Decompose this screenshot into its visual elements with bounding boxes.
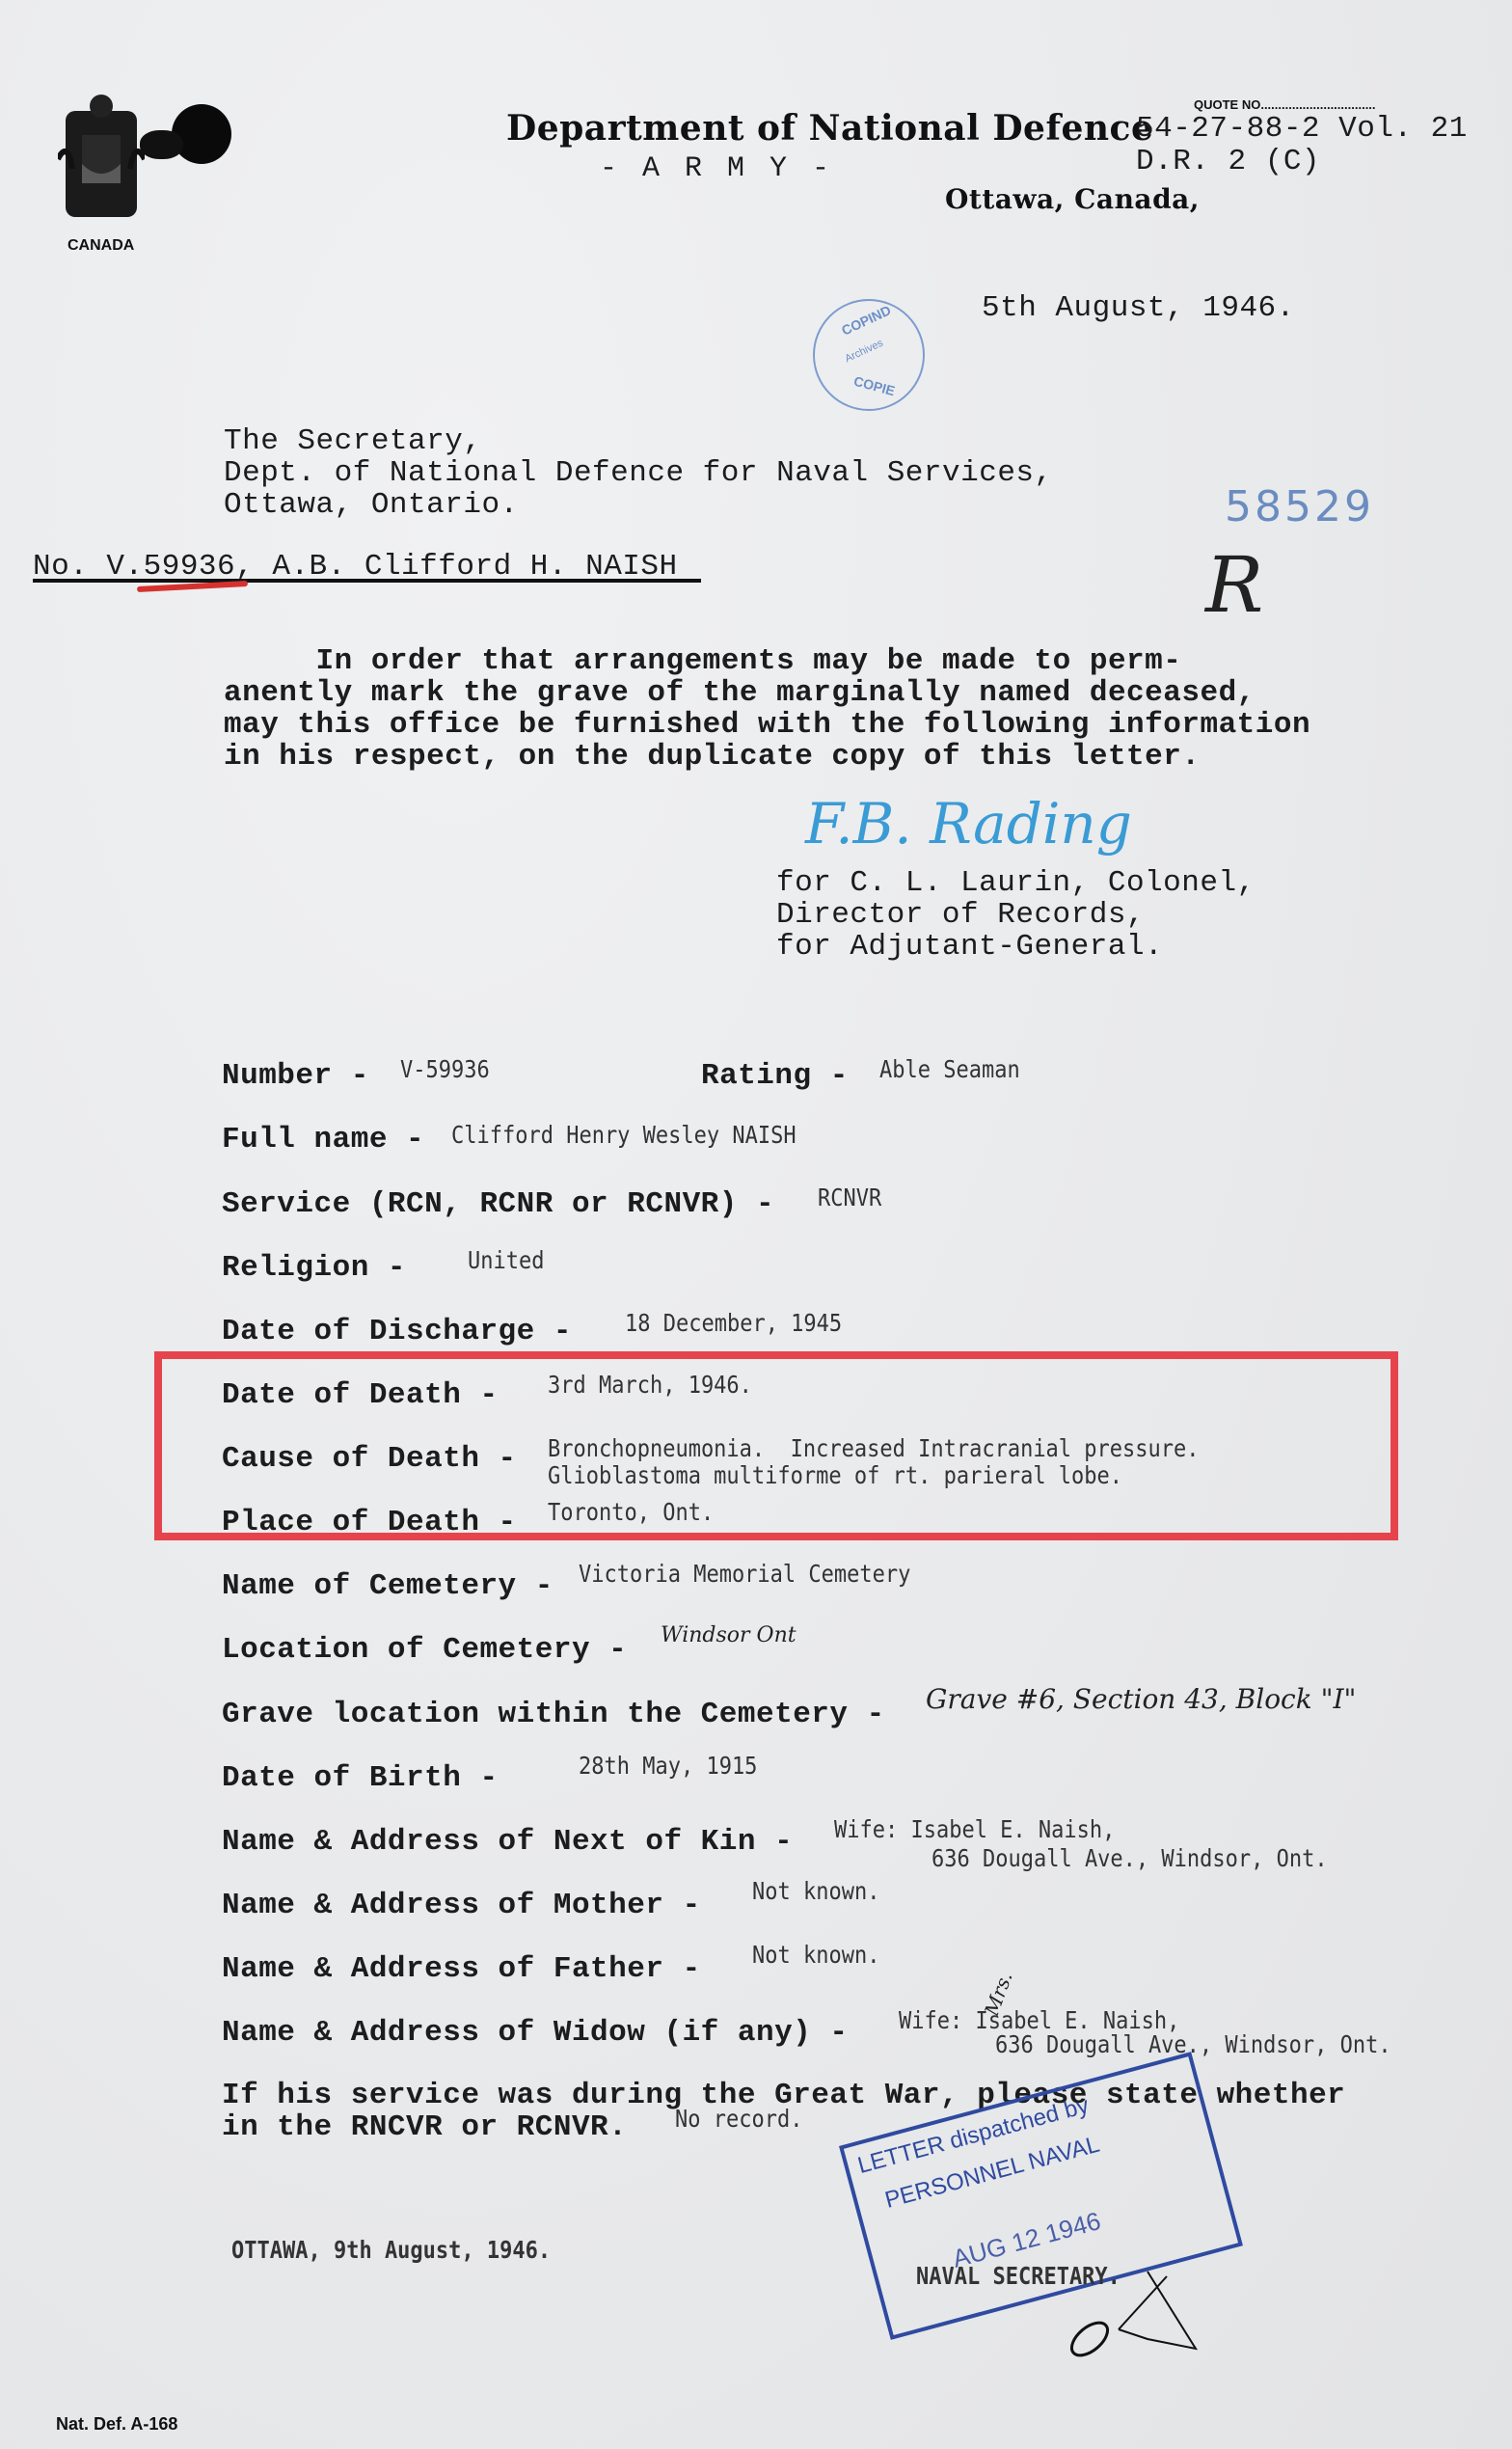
signature-block-line-2: Director of Records, <box>776 898 1145 932</box>
branch-label: - A R M Y - <box>600 152 833 185</box>
body-line-2: anently mark the grave of the marginally… <box>224 676 1255 710</box>
kin-value-line-1: Wife: Isabel E. Naish, <box>834 1815 1115 1843</box>
grave-value: Grave #6, Section 43, Block "I" <box>926 1683 1356 1715</box>
mother-label: Name & Address of Mother - <box>222 1889 701 1922</box>
recipient-line-2: Dept. of National Defence for Naval Serv… <box>224 456 1053 490</box>
full-name-value: Clifford Henry Wesley NAISH <box>451 1121 796 1149</box>
service-value: RCNVR <box>818 1184 881 1211</box>
archives-stamp: COPIND Archives COPIE <box>813 299 925 411</box>
religion-value: United <box>468 1246 544 1274</box>
father-value: Not known. <box>752 1941 879 1969</box>
birth-value: 28th May, 1915 <box>579 1752 757 1780</box>
cause-value-line-2: Glioblastoma multiforme of rt. parieral … <box>548 1461 1122 1489</box>
department-title: Department of National Defence <box>506 108 1153 149</box>
rating-label: Rating - <box>701 1059 849 1093</box>
recipient-line-1: The Secretary, <box>224 424 481 458</box>
cause-label: Cause of Death - <box>222 1442 517 1476</box>
registry-number-stamp: 58529 <box>1225 482 1374 531</box>
cemetery-location-label: Location of Cemetery - <box>222 1633 627 1667</box>
number-label: Number - <box>222 1059 369 1093</box>
signature-handwritten: F.B. Rading <box>805 791 1132 857</box>
number-value: V-59936 <box>400 1055 490 1083</box>
discharge-label: Date of Discharge - <box>222 1315 572 1348</box>
grave-label: Grave location within the Cemetery - <box>222 1698 885 1731</box>
file-number: 54-27-88-2 Vol. 21 <box>1136 112 1468 146</box>
father-label: Name & Address of Father - <box>222 1952 701 1986</box>
file-sub-number: D.R. 2 (C) <box>1136 145 1320 178</box>
body-line-4: in his respect, on the duplicate copy of… <box>224 740 1200 774</box>
cemetery-value: Victoria Memorial Cemetery <box>579 1560 910 1588</box>
death-date-value: 3rd March, 1946. <box>548 1371 752 1399</box>
place-value: Toronto, Ont. <box>548 1498 714 1526</box>
kin-label: Name & Address of Next of Kin - <box>222 1825 793 1859</box>
discharge-value: 18 December, 1945 <box>625 1309 842 1337</box>
signature-block-line-1: for C. L. Laurin, Colonel, <box>776 866 1255 900</box>
recipient-line-3: Ottawa, Ontario. <box>224 488 519 522</box>
widow-label: Name & Address of Widow (if any) - <box>222 2016 849 2050</box>
religion-label: Religion - <box>222 1251 406 1285</box>
kin-value-line-2: 636 Dougall Ave., Windsor, Ont. <box>931 1844 1328 1872</box>
service-label: Service (RCN, RCNR or RCNVR) - <box>222 1187 774 1221</box>
signature-block-line-3: for Adjutant-General. <box>776 930 1163 964</box>
letter-date: 5th August, 1946. <box>982 291 1295 325</box>
widow-value-line-2: 636 Dougall Ave., Windsor, Ont. <box>995 2030 1391 2058</box>
reply-place-date: OTTAWA, 9th August, 1946. <box>231 2236 551 2264</box>
full-name-label: Full name - <box>222 1123 424 1156</box>
mother-value: Not known. <box>752 1877 879 1905</box>
quote-number-label: QUOTE NO................................… <box>1194 97 1376 112</box>
canada-coat-of-arms-icon <box>58 92 145 236</box>
handwritten-initials-icon <box>1051 2267 1225 2373</box>
form-number: Nat. Def. A-168 <box>56 2414 177 2435</box>
death-date-label: Date of Death - <box>222 1378 499 1412</box>
location-label: Ottawa, Canada, <box>945 183 1200 215</box>
cemetery-location-value: Windsor Ont <box>661 1623 796 1647</box>
body-line-1: In order that arrangements may be made t… <box>224 644 1181 678</box>
birth-label: Date of Birth - <box>222 1761 499 1795</box>
war-answer: No record. <box>675 2105 802 2133</box>
cause-value-line-1: Bronchopneumonia. Increased Intracranial… <box>548 1434 1200 1462</box>
ink-blot-smear <box>140 130 183 159</box>
crest-label: CANADA <box>67 237 134 255</box>
rating-value: Able Seaman <box>879 1055 1020 1083</box>
cemetery-label: Name of Cemetery - <box>222 1569 553 1603</box>
war-question-line-2: in the RNCVR or RCNVR. <box>222 2110 627 2144</box>
handwritten-initial: R <box>1205 540 1263 630</box>
subject-underline <box>33 579 701 583</box>
body-line-3: may this office be furnished with the fo… <box>224 708 1310 742</box>
place-label: Place of Death - <box>222 1506 517 1539</box>
ink-blot <box>172 104 231 164</box>
